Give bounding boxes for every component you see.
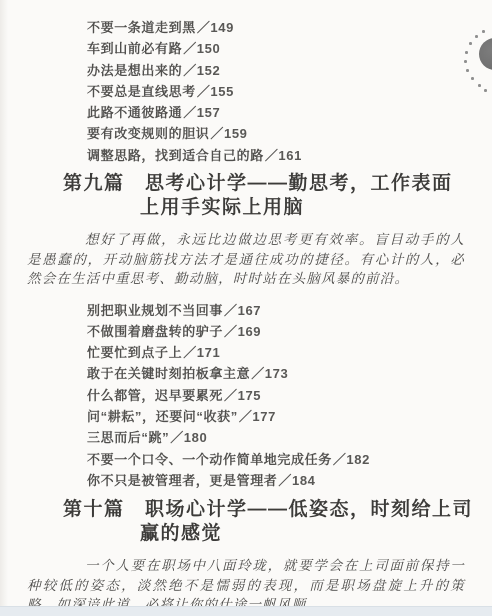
toc-entry-title: 车到山前必有路 xyxy=(87,41,182,56)
toc-entry: 不要一条道走到黑／149 xyxy=(87,17,492,38)
toc-entry-title: 不要总是直线思考 xyxy=(87,84,196,99)
toc-entry-title: 办法是想出来的 xyxy=(87,63,182,78)
chapter9-heading-line2: 上用手实际上用脑 xyxy=(140,196,492,220)
toc-list-chapter9: 别把职业规划不当回事／167 不做围着磨盘转的驴子／169 忙要忙到点子上／17… xyxy=(87,300,492,492)
toc-entry-page: ／155 xyxy=(197,84,234,99)
toc-entry: 办法是想出来的／152 xyxy=(87,60,492,81)
toc-entry: 忙要忙到点子上／171 xyxy=(87,342,492,363)
toc-entry: 三思而后“跳”／180 xyxy=(87,427,492,448)
toc-entry-title: 不要一条道走到黑 xyxy=(87,20,196,35)
toc-list-previous-section: 不要一条道走到黑／149 车到山前必有路／150 办法是想出来的／152 不要总… xyxy=(87,0,492,166)
toc-entry-page: ／167 xyxy=(224,303,261,318)
toc-entry-page: ／169 xyxy=(224,324,261,339)
toc-entry: 别把职业规划不当回事／167 xyxy=(87,300,492,321)
toc-entry-title: 什么都管，迟早要累死 xyxy=(87,388,223,403)
scan-bottom-band xyxy=(0,606,492,616)
toc-entry-page: ／152 xyxy=(183,63,220,78)
toc-entry: 车到山前必有路／150 xyxy=(87,38,492,59)
toc-entry-page: ／159 xyxy=(210,126,247,141)
toc-entry: 问“耕耘”，还要问“收获”／177 xyxy=(87,406,492,427)
toc-entry-page: ／184 xyxy=(278,473,315,488)
toc-entry-page: ／182 xyxy=(333,452,370,467)
toc-entry-title: 要有改变规则的胆识 xyxy=(87,126,209,141)
toc-entry-page: ／177 xyxy=(239,409,276,424)
toc-entry-title: 问“耕耘”，还要问“收获” xyxy=(87,409,238,424)
toc-entry-title: 别把职业规划不当回事 xyxy=(87,303,223,318)
toc-entry: 不做围着磨盘转的驴子／169 xyxy=(87,321,492,342)
toc-entry-title: 敢于在关键时刻拍板拿主意 xyxy=(87,366,250,381)
toc-entry-page: ／157 xyxy=(183,105,220,120)
toc-entry-page: ／180 xyxy=(170,430,207,445)
toc-entry-title: 忙要忙到点子上 xyxy=(87,345,182,360)
toc-entry-page: ／173 xyxy=(251,366,288,381)
toc-entry: 什么都管，迟早要累死／175 xyxy=(87,385,492,406)
toc-entry-title: 三思而后“跳” xyxy=(87,430,169,445)
toc-entry-title: 此路不通彼路通 xyxy=(87,105,182,120)
toc-entry-title: 你不只是被管理者，更是管理者 xyxy=(87,473,277,488)
toc-entry-title: 不做围着磨盘转的驴子 xyxy=(87,324,223,339)
toc-entry-title: 不要一个口令、一个动作简单地完成任务 xyxy=(87,452,332,467)
chapter9-intro-paragraph: 想好了再做，永远比边做边思考更有效率。盲目动手的人是愚蠢的，开动脑筋找方法才是通… xyxy=(27,230,465,289)
toc-entry: 不要总是直线思考／155 xyxy=(87,81,492,102)
toc-entry-page: ／149 xyxy=(197,20,234,35)
toc-entry: 你不只是被管理者，更是管理者／184 xyxy=(87,470,492,491)
toc-entry-page: ／175 xyxy=(224,388,261,403)
toc-entry-title: 调整思路，找到适合自己的路 xyxy=(87,148,264,163)
toc-entry-page: ／150 xyxy=(183,41,220,56)
chapter10-heading: 第十篇 职场心计学——低姿态，时刻给上司 赢的感觉 xyxy=(0,498,492,546)
toc-entry: 调整思路，找到适合自己的路／161 xyxy=(87,145,492,166)
toc-content: 不要一条道走到黑／149 车到山前必有路／150 办法是想出来的／152 不要总… xyxy=(0,0,492,615)
chapter9-heading-line1: 第九篇 思考心计学——勤思考，工作表面 xyxy=(63,172,492,196)
toc-entry: 敢于在关键时刻拍板拿主意／173 xyxy=(87,363,492,384)
toc-entry: 要有改变规则的胆识／159 xyxy=(87,123,492,144)
chapter9-heading: 第九篇 思考心计学——勤思考，工作表面 上用手实际上用脑 xyxy=(0,172,492,220)
chapter10-heading-line1: 第十篇 职场心计学——低姿态，时刻给上司 xyxy=(63,498,492,522)
toc-entry: 不要一个口令、一个动作简单地完成任务／182 xyxy=(87,449,492,470)
scanned-book-toc-page: { "page": { "background": "#fbfaf8", "bo… xyxy=(0,0,492,616)
chapter10-heading-line2: 赢的感觉 xyxy=(140,522,492,546)
toc-entry-page: ／171 xyxy=(183,345,220,360)
toc-entry-page: ／161 xyxy=(265,148,302,163)
toc-entry: 此路不通彼路通／157 xyxy=(87,102,492,123)
